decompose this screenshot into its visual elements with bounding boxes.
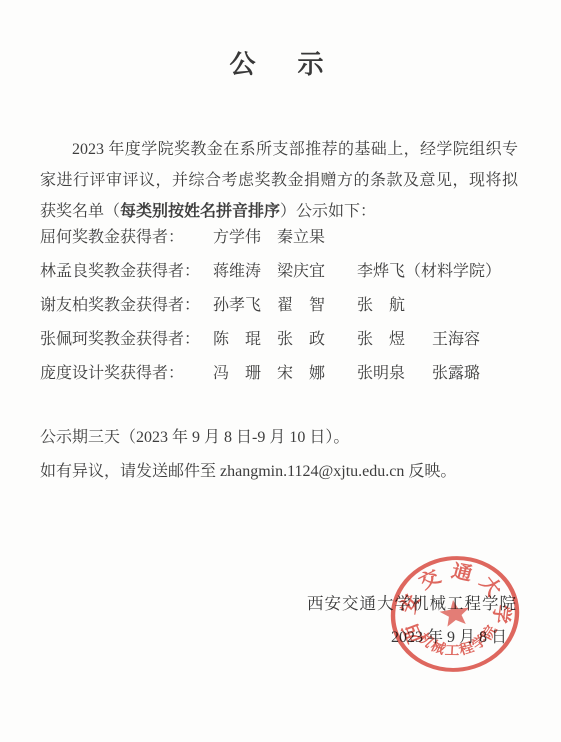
recipient-name: 李烨飞（材料学院） bbox=[357, 258, 432, 281]
recipient-name: 方学伟 bbox=[213, 224, 277, 247]
objection-line: 如有异议，请发送邮件至 zhangmin.1124@xjtu.edu.cn 反映… bbox=[40, 458, 456, 481]
award-label: 屈何奖教金获得者： bbox=[40, 224, 213, 247]
objection-text-pre: 如有异议，请发送邮件至 bbox=[40, 463, 220, 480]
intro-paragraph: 2023 年度学院奖教金在系所支部推荐的基础上，经学院组织专家进行评审评议，并综… bbox=[40, 134, 518, 227]
recipient-name: 蒋维涛 bbox=[213, 258, 277, 281]
award-label: 庞度设计奖获得者： bbox=[40, 360, 213, 383]
signature-date: 2023 年 9 月 8 日 bbox=[391, 624, 507, 647]
recipient-name: 张露璐 bbox=[432, 360, 545, 383]
recipient-name: 张明泉 bbox=[357, 360, 432, 383]
recipient-name: 张 煜 bbox=[357, 326, 432, 349]
seal-border bbox=[386, 550, 525, 678]
recipient-name: 王海容 bbox=[432, 326, 545, 349]
signature-organization: 西安交通大学机械工程学院 bbox=[307, 590, 517, 614]
award-label: 谢友柏奖教金获得者： bbox=[40, 292, 213, 315]
recipient-name: 宋 娜 bbox=[277, 360, 357, 383]
contact-email: zhangmin.1124@xjtu.edu.cn bbox=[220, 463, 404, 480]
page-title: 公 示 bbox=[0, 44, 561, 81]
recipient-name: 梁庆宜 bbox=[277, 258, 357, 281]
award-row: 庞度设计奖获得者： 冯 珊 宋 娜 张明泉 张露璐 bbox=[40, 354, 545, 388]
publicity-period-line: 公示期三天（2023 年 9 月 8 日-9 月 10 日）。 bbox=[40, 424, 349, 447]
award-list: 屈何奖教金获得者： 方学伟 秦立果 林孟良奖教金获得者： 蒋维涛 梁庆宜 李烨飞… bbox=[40, 218, 545, 388]
recipient-name: 陈 琨 bbox=[213, 326, 277, 349]
award-row: 谢友柏奖教金获得者： 孙孝飞 翟 智 张 航 bbox=[40, 286, 545, 320]
announcement-page: 公 示 2023 年度学院奖教金在系所支部推荐的基础上，经学院组织专家进行评审评… bbox=[0, 0, 561, 742]
award-label: 张佩珂奖教金获得者： bbox=[40, 326, 213, 349]
award-label: 林孟良奖教金获得者： bbox=[40, 258, 213, 281]
recipient-name: 翟 智 bbox=[277, 292, 357, 315]
recipient-name: 张 航 bbox=[357, 292, 432, 315]
award-row: 张佩珂奖教金获得者： 陈 琨 张 政 张 煜 王海容 bbox=[40, 320, 545, 354]
award-row: 屈何奖教金获得者： 方学伟 秦立果 bbox=[40, 218, 545, 252]
official-seal: 西安交通大学 机械工程学院 bbox=[378, 543, 532, 685]
award-row: 林孟良奖教金获得者： 蒋维涛 梁庆宜 李烨飞（材料学院） bbox=[40, 252, 545, 286]
recipient-name: 冯 珊 bbox=[213, 360, 277, 383]
recipient-name: 孙孝飞 bbox=[213, 292, 277, 315]
objection-text-post: 反映。 bbox=[404, 463, 456, 480]
recipient-name: 张 政 bbox=[277, 326, 357, 349]
recipient-name: 秦立果 bbox=[277, 224, 357, 247]
